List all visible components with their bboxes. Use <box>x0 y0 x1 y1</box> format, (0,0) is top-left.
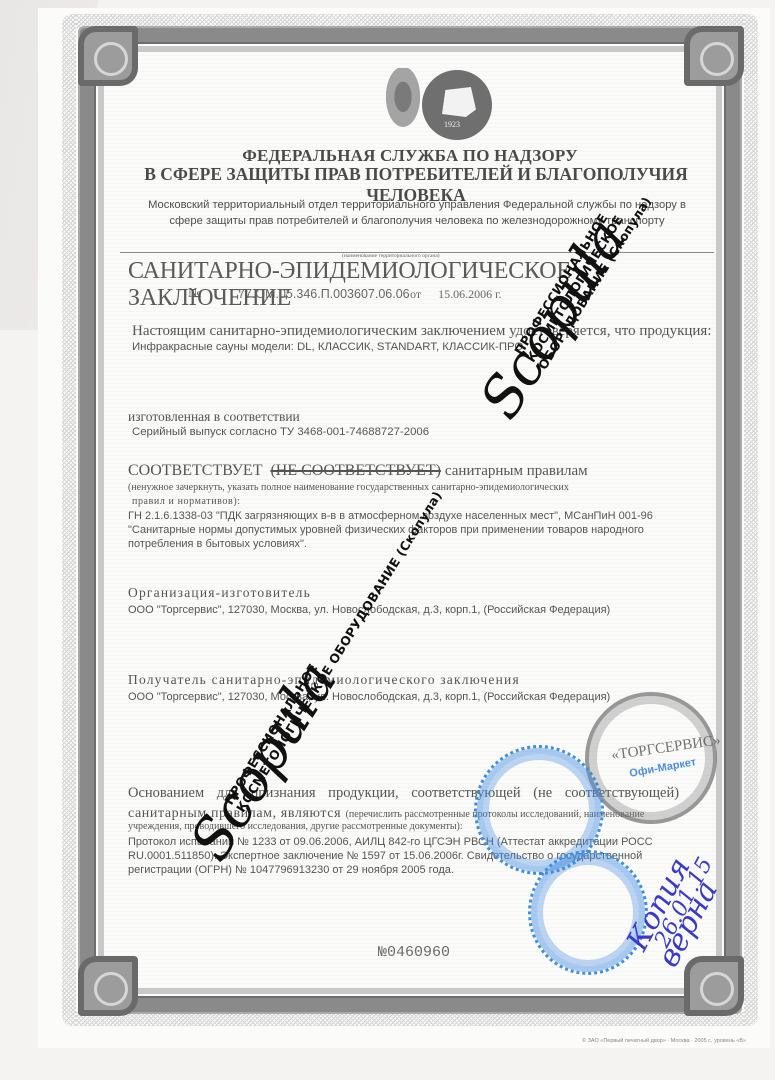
date-prefix: от <box>410 287 421 301</box>
recipient-value: ООО "Торгсервис", 127030, Москва, ул. Но… <box>128 691 610 703</box>
conformity-statement: СООТВЕТСТВУЕТ (НЕ СООТВЕТСТВУЕТ) санитар… <box>128 462 588 480</box>
rules-line3: потребления в бытовых условиях". <box>128 538 307 550</box>
complies-text: СООТВЕТСТВУЕТ <box>128 462 262 479</box>
agency-logo-icon: 1923 <box>422 70 492 140</box>
date-value: 15.06.2006 г. <box>438 287 502 301</box>
document-number: 77.ОМ.05.346.П.003607.06.06 <box>238 287 410 301</box>
company-round-stamp: «ТОРГСЕРВИС» Офи-Маркет <box>585 692 717 824</box>
company-stamp-text: «ТОРГСЕРВИС» <box>610 732 721 764</box>
basis-line3: учреждения, проводившего исследования, д… <box>128 821 463 832</box>
basis-docs-line3: регистрации (ОГРН) № 1047796913230 от 29… <box>128 864 454 876</box>
certificate-content: 1923 ФЕДЕРАЛЬНАЯ СЛУЖБА ПО НАДЗОРУ В СФЕ… <box>0 0 775 1080</box>
document-title: САНИТАРНО-ЭПИДЕМИОЛОГИЧЕСКОЕ ЗАКЛЮЧЕНИЕ <box>128 258 728 312</box>
emblem-year: 1923 <box>444 120 460 129</box>
number-sign: № <box>188 286 201 302</box>
document-date: от 15.06.2006 г. <box>410 287 502 302</box>
conformity-note-line1: (ненужное зачеркнуть, указать полное наи… <box>128 482 569 493</box>
manufactured-value: Серийный выпуск согласно ТУ 3468-001-746… <box>132 426 429 438</box>
rules-line1: ГН 2.1.6.1338-03 "ПДК загрязняющих в-в в… <box>128 510 653 522</box>
product-intro: Настоящим санитарно-эпидемиологическим з… <box>132 323 712 340</box>
conformity-note-line2: правил и нормативов): <box>132 496 241 507</box>
manufactured-label: изготовленная в соответствии <box>128 409 300 425</box>
form-serial-number: №0460960 <box>378 944 450 961</box>
not-complies-text-struck: (НЕ СООТВЕТСТВУЕТ) <box>270 462 440 479</box>
blue-round-stamp-lower <box>528 850 648 975</box>
manufacturer-label: Организация-изготовитель <box>128 585 311 601</box>
rules-line2: "Санитарные нормы допустимых уровней физ… <box>128 524 644 536</box>
print-footer: © ЗАО «Первый печатный двор» · Москва · … <box>582 1038 746 1044</box>
product-description: Инфракрасные сауны модели: DL, КЛАССИК, … <box>132 341 523 353</box>
agency-title-line1: ФЕДЕРАЛЬНАЯ СЛУЖБА ПО НАДЗОРУ <box>110 146 710 166</box>
conformity-suffix: санитарным правилам <box>445 463 588 479</box>
coat-of-arms-icon <box>383 68 423 132</box>
